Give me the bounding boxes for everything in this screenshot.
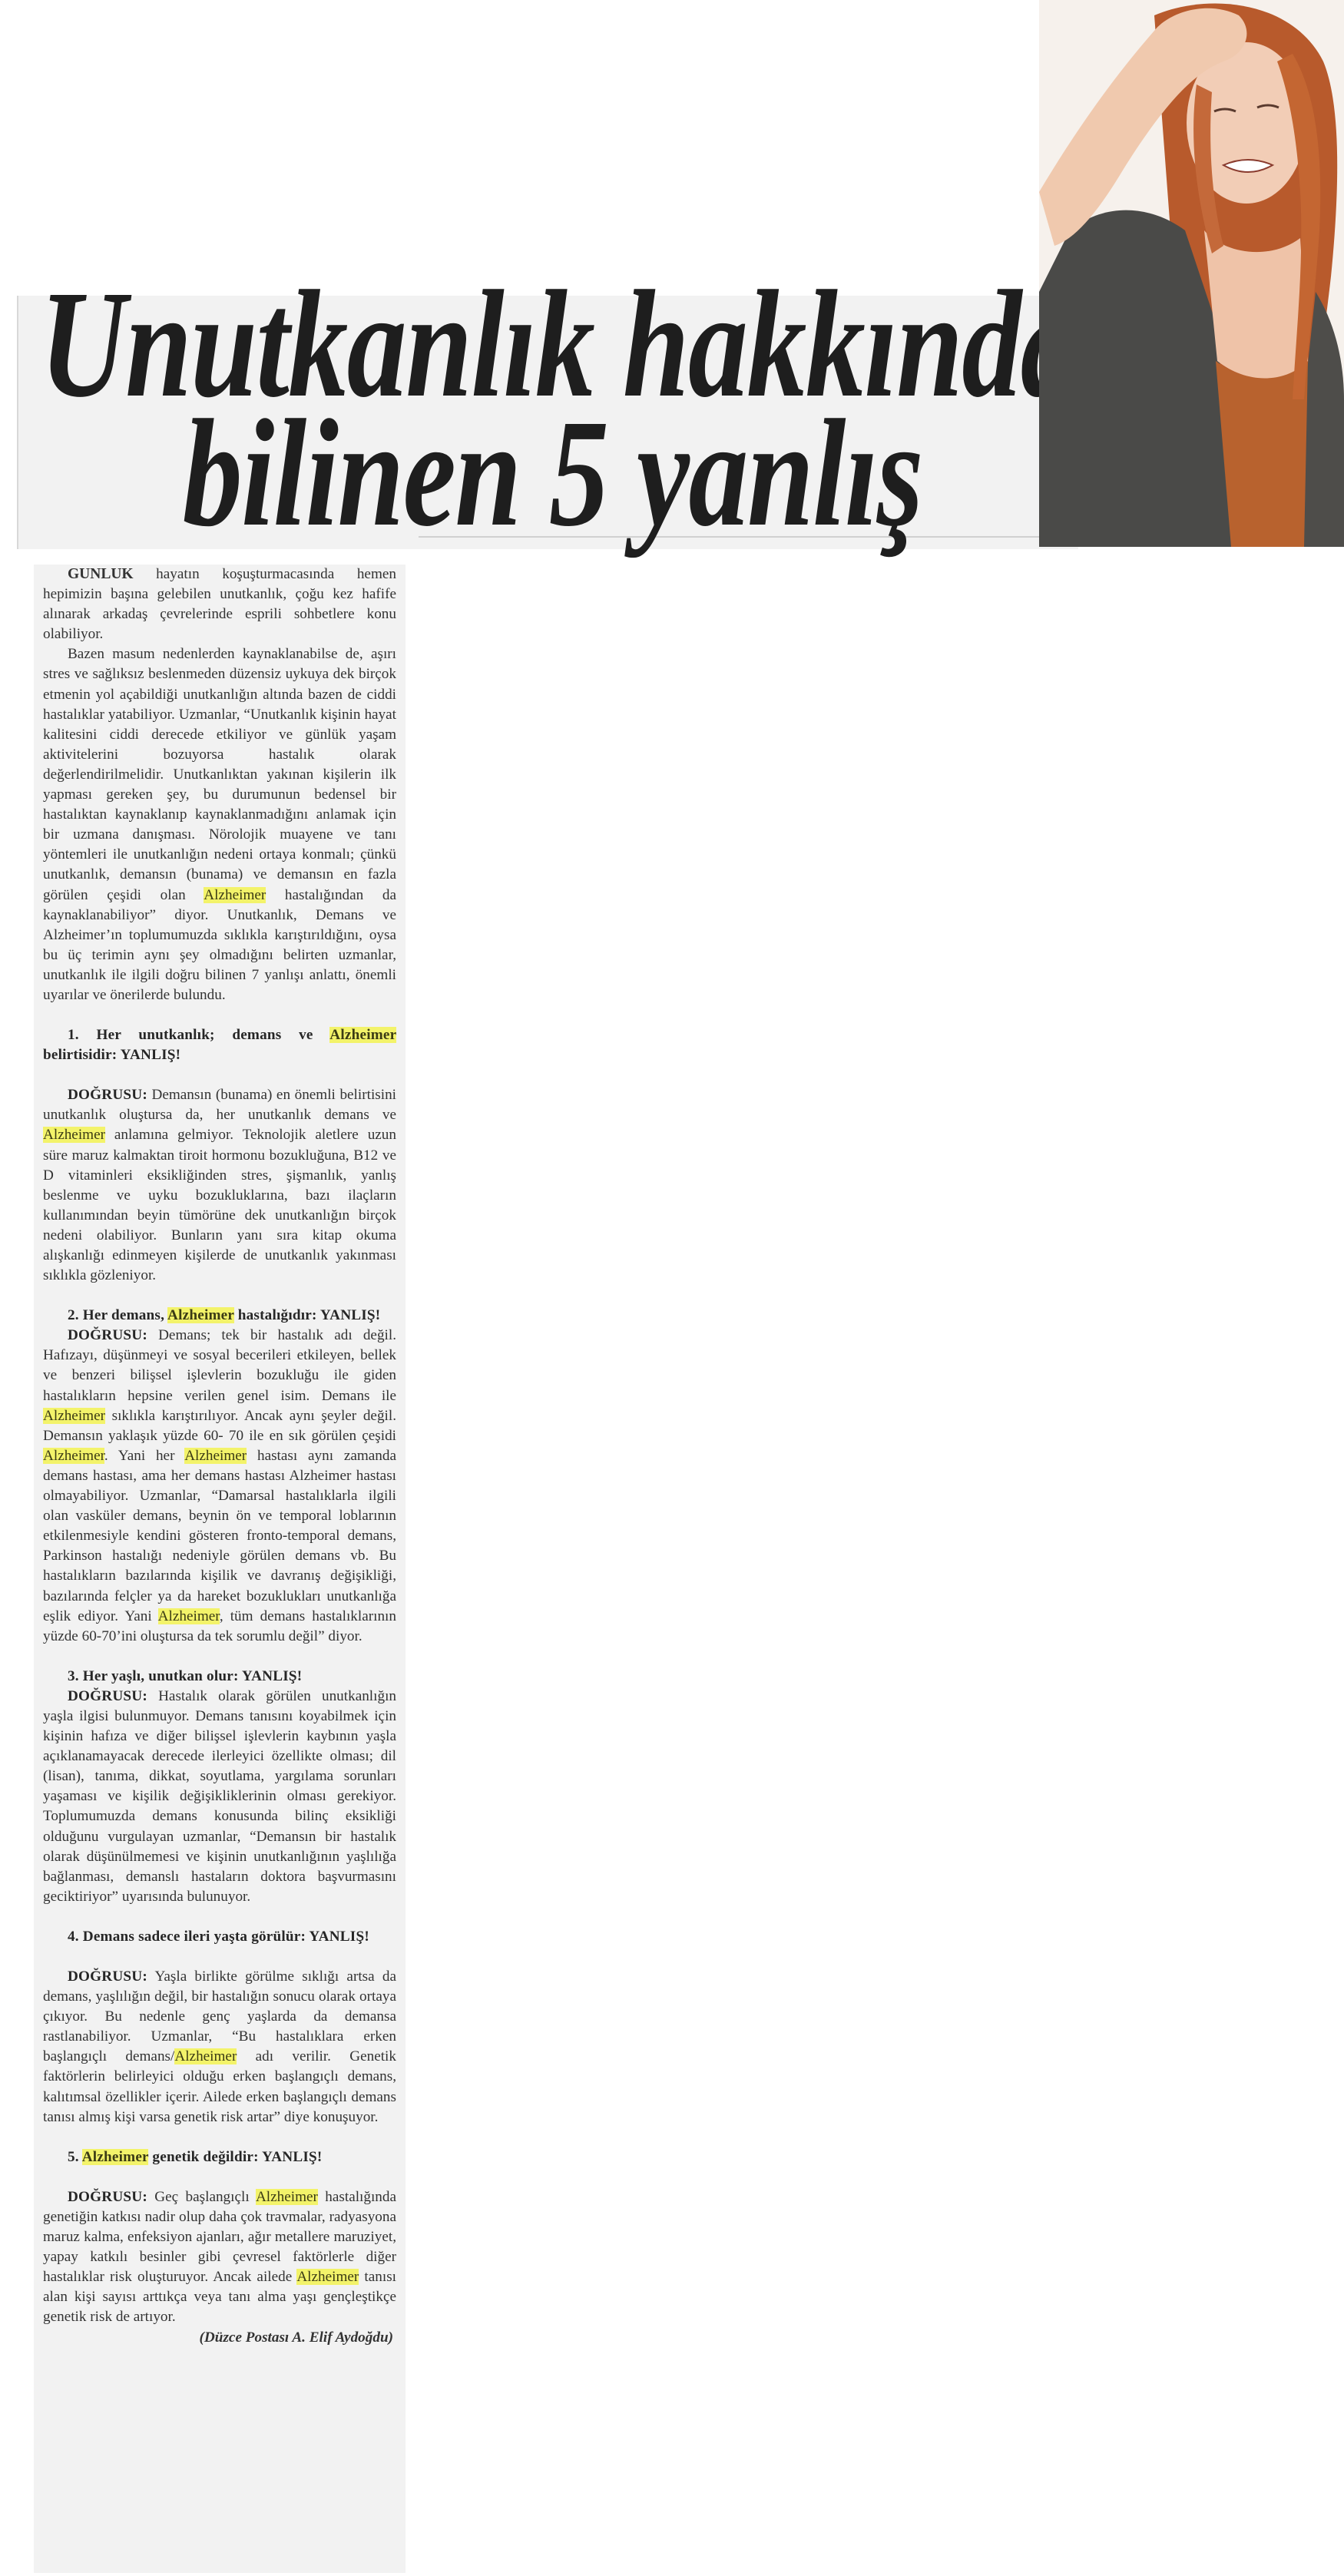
myth-body-5: DOĞRUSU: Geç başlangıçlı Alzheimer hasta… (43, 2187, 396, 2328)
correct-label: DOĞRUSU: (68, 1327, 147, 1343)
highlighted-term: Alzheimer (204, 887, 266, 903)
highlighted-term: Alzheimer (82, 2149, 149, 2165)
highlighted-term: Alzheimer (43, 1408, 105, 1424)
highlighted-term: Alzheimer (296, 2269, 359, 2285)
woman-headache-illustration (1039, 0, 1344, 547)
myth-heading-4: 4. Demans sadece ileri yaşta görülür: YA… (43, 1927, 396, 1947)
highlighted-term: Alzheimer (184, 1448, 247, 1464)
myth-body-1: DOĞRUSU: Demansın (bunama) en önemli bel… (43, 1085, 396, 1286)
myth-body-2: DOĞRUSU: Demans; tek bir hastalık adı de… (43, 1326, 396, 1647)
myth-heading-5: 5. Alzheimer genetik değildir: YANLIŞ! (43, 2147, 396, 2167)
intro-paragraph-1: GUNLUK hayatın koşuşturmacasında hemen h… (43, 565, 396, 644)
highlighted-term: Alzheimer (43, 1448, 104, 1464)
myth-heading-3: 3. Her yaşlı, unutkan olur: YANLIŞ! (43, 1667, 396, 1687)
highlighted-term: Alzheimer (158, 1608, 220, 1624)
article-column: GUNLUK hayatın koşuşturmacasında hemen h… (34, 565, 406, 2573)
myth-heading-1: 1. Her unutkanlık; demans ve Alzheimer b… (43, 1025, 396, 1065)
highlighted-term: Alzheimer (167, 1307, 234, 1323)
correct-label: DOĞRUSU: (68, 1087, 147, 1103)
myth-body-4: DOĞRUSU: Yaşla birlikte görülme sıklığı … (43, 1967, 396, 2127)
correct-label: DOĞRUSU: (68, 2189, 147, 2205)
myth-body-3: DOĞRUSU: Hastalık olarak görülen unutkan… (43, 1687, 396, 1907)
correct-label: DOĞRUSU: (68, 1968, 147, 1985)
highlighted-term: Alzheimer (43, 1127, 105, 1143)
byline: (Düzce Postası A. Elif Aydoğdu) (43, 2328, 396, 2348)
intro-paragraph-2: Bazen masum nedenlerden kaynaklanabilse … (43, 644, 396, 1005)
highlighted-term: Alzheimer (174, 2048, 237, 2064)
lead-word: GUNLUK (68, 566, 134, 582)
highlighted-term: Alzheimer (329, 1027, 396, 1043)
highlighted-term: Alzheimer (256, 2189, 318, 2205)
article-photo (1039, 0, 1344, 547)
correct-label: DOĞRUSU: (68, 1688, 147, 1704)
article-body: GUNLUK hayatın koşuşturmacasında hemen h… (34, 565, 406, 2348)
page-title: Unutkanlık hakkında bilinen 5 yanlış (40, 280, 855, 538)
myth-heading-2: 2. Her demans, Alzheimer hastalığıdır: Y… (43, 1306, 396, 1326)
